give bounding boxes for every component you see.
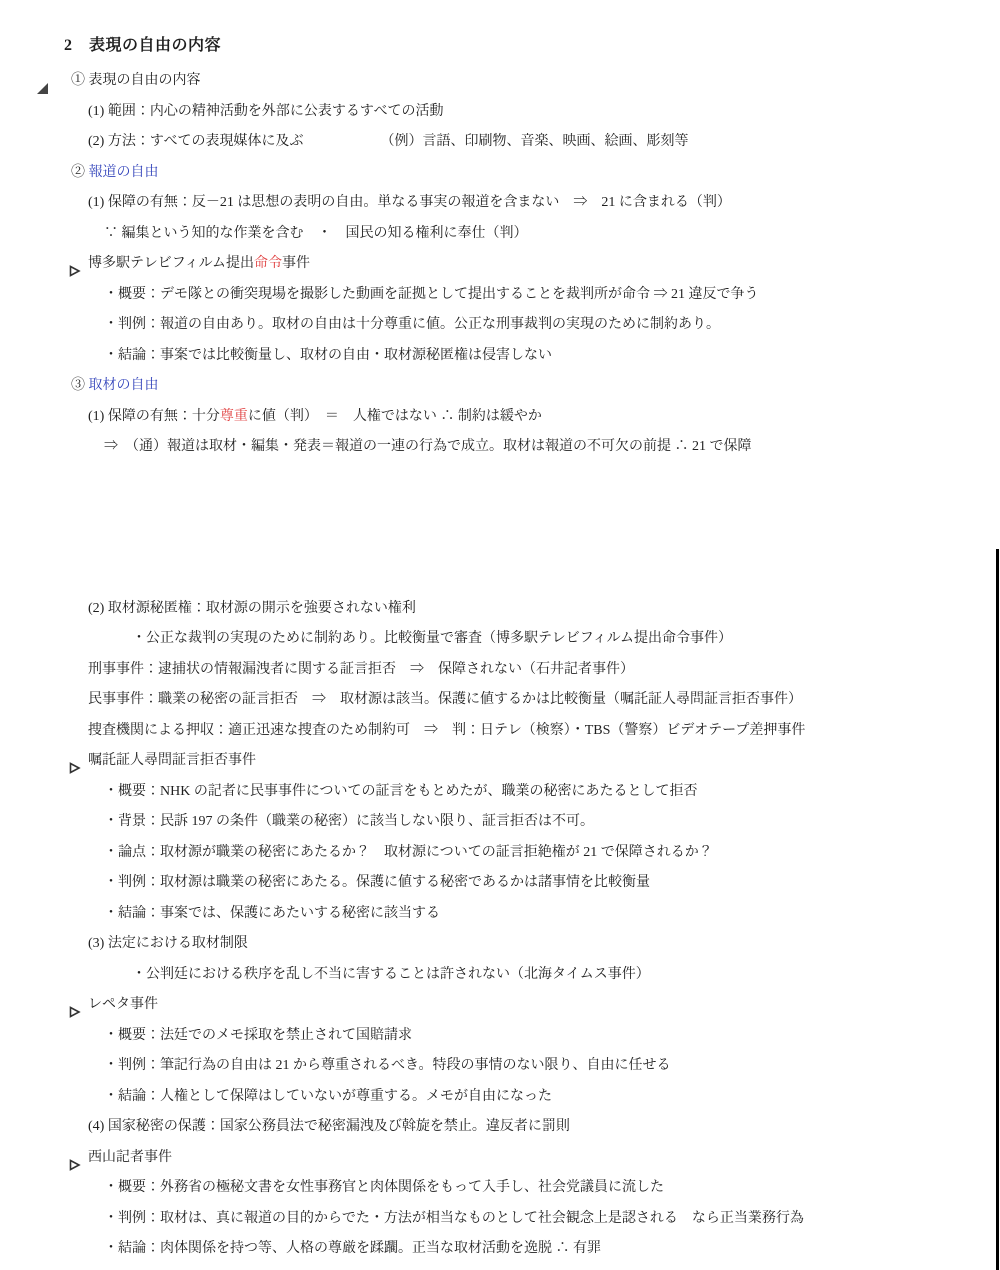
page-title: 2 表現の自由の内容: [0, 0, 1000, 58]
text-line: (2) 取材源秘匿権：取材源の開示を強要されない権利: [0, 594, 1000, 625]
text-segment-red: 尊重: [220, 409, 248, 424]
text-line: (1) 保障の有無：反－21 は思想の表明の自由。単なる事実の報道を含まない ⇒…: [0, 188, 1000, 219]
text-line: ・論点：取材源が職業の秘密にあたるか？ 取材源についての証言拒絶権が 21 で保…: [0, 838, 1000, 869]
text-segment: ・背景：民訴 197 の条件（職業の秘密）に該当しない限り、証言拒否は不可。: [104, 814, 594, 829]
text-segment: ⇒ （通）報道は取材・編集・発表＝報道の一連の行為で成立。取材は報道の不可欠の前…: [104, 439, 752, 454]
text-segment: ・結論：肉体関係を持つ等、人格の尊厳を蹂躙。正当な取材活動を逸脱 ∴ 有罪: [104, 1241, 601, 1256]
text-line: ② 報道の自由: [0, 158, 1000, 189]
text-line: ・概要：法廷でのメモ採取を禁止されて国賠請求: [0, 1021, 1000, 1052]
text-segment: ・結論：事案では比較衡量し、取材の自由・取材源秘匿権は侵害しない: [104, 348, 552, 363]
text-line: ・判例：報道の自由あり。取材の自由は十分尊重に値。公正な刑事裁判の実現のために制…: [0, 310, 1000, 341]
text-line: ・判例：筆記行為の自由は 21 から尊重されるべき。特段の事情のない限り、自由に…: [0, 1051, 1000, 1082]
text-line: ・結論：事案では、保護にあたいする秘密に該当する: [0, 899, 1000, 930]
text-line: ・概要：外務省の極秘文書を女性事務官と肉体関係をもって入手し、社会党議員に流した: [0, 1173, 1000, 1204]
text-line: (4) 国家秘密の保護：国家公務員法で秘密漏洩及び斡旋を禁止。違反者に罰則: [0, 1112, 1000, 1143]
text-line: 西山記者事件: [0, 1143, 1000, 1174]
text-line: (3) 法定における取材制限: [0, 929, 1000, 960]
text-line: 民事事件：職業の秘密の証言拒否 ⇒ 取材源は該当。保護に値するかは比較衡量（嘱託…: [0, 685, 1000, 716]
case-arrowhead-icon: [69, 259, 81, 271]
text-segment: (2) 方法：すべての表現媒体に及ぶ （例）言語、印刷物、音楽、映画、絵画、彫刻…: [88, 134, 689, 149]
text-line: ⇒ （通）報道は取材・編集・発表＝報道の一連の行為で成立。取材は報道の不可欠の前…: [0, 432, 1000, 463]
outline-expand-triangle-icon[interactable]: [37, 76, 48, 87]
text-segment: ∵ 編集という知的な作業を含む ・ 国民の知る権利に奉仕（判）: [104, 226, 528, 241]
text-segment: 事件: [282, 256, 310, 271]
text-segment: ・判例：報道の自由あり。取材の自由は十分尊重に値。公正な刑事裁判の実現のために制…: [104, 317, 720, 332]
text-line: ・判例：取材は、真に報道の目的からでた・方法が相当なものとして社会観念上是認され…: [0, 1204, 1000, 1235]
case-arrowhead-icon: [69, 1153, 81, 1165]
text-line: 博多駅テレビフィルム提出命令事件: [0, 249, 1000, 280]
text-segment: ②: [71, 165, 89, 180]
text-line: ・公正な裁判の実現のために制約あり。比較衡量で審査（博多駅テレビフィルム提出命令…: [0, 624, 1000, 655]
text-line: ③ 取材の自由: [0, 371, 1000, 402]
text-segment-blue: 取材の自由: [89, 378, 159, 393]
text-segment: ・公判廷における秩序を乱し不当に害することは許されない（北海タイムス事件）: [132, 967, 650, 982]
text-line: レペタ事件: [0, 990, 1000, 1021]
text-line: (2) 方法：すべての表現媒体に及ぶ （例）言語、印刷物、音楽、映画、絵画、彫刻…: [0, 127, 1000, 158]
text-segment: (1) 範囲：内心の精神活動を外部に公表するすべての活動: [88, 104, 444, 119]
text-line: ・判例：取材源は職業の秘密にあたる。保護に値する秘密であるかは諸事情を比較衡量: [0, 868, 1000, 899]
document-body: ① 表現の自由の内容(1) 範囲：内心の精神活動を外部に公表するすべての活動(2…: [0, 66, 1000, 1265]
text-segment: ・結論：事案では、保護にあたいする秘密に該当する: [104, 906, 440, 921]
text-segment: ・公正な裁判の実現のために制約あり。比較衡量で審査（博多駅テレビフィルム提出命令…: [132, 631, 732, 646]
text-segment: ・判例：取材は、真に報道の目的からでた・方法が相当なものとして社会観念上是認され…: [104, 1211, 804, 1226]
text-segment: ・概要：法廷でのメモ採取を禁止されて国賠請求: [104, 1028, 412, 1043]
case-arrowhead-icon: [69, 1000, 81, 1012]
text-segment: ・結論：人権として保障はしていないが尊重する。メモが自由になった: [104, 1089, 552, 1104]
text-line: ・公判廷における秩序を乱し不当に害することは許されない（北海タイムス事件）: [0, 960, 1000, 991]
text-line: 捜査機関による押収：適正迅速な捜査のため制約可 ⇒ 判：日テレ（検察）・TBS（…: [0, 716, 1000, 747]
right-edge-vertical-line: [996, 549, 999, 1270]
document-page: 2 表現の自由の内容 ① 表現の自由の内容(1) 範囲：内心の精神活動を外部に公…: [0, 0, 1000, 1270]
text-line: (1) 範囲：内心の精神活動を外部に公表するすべての活動: [0, 97, 1000, 128]
text-segment: ・論点：取材源が職業の秘密にあたるか？ 取材源についての証言拒絶権が 21 で保…: [104, 845, 713, 860]
text-line: ・結論：人権として保障はしていないが尊重する。メモが自由になった: [0, 1082, 1000, 1113]
text-line: ① 表現の自由の内容: [0, 66, 1000, 97]
text-segment: ・判例：筆記行為の自由は 21 から尊重されるべき。特段の事情のない限り、自由に…: [104, 1058, 670, 1073]
text-segment: (3) 法定における取材制限: [88, 936, 248, 951]
text-segment: 嘱託証人尋問証言拒否事件: [88, 753, 256, 768]
text-segment: 西山記者事件: [88, 1150, 172, 1165]
collapsed-empty-space: [0, 463, 1000, 594]
text-segment: に値（判） ＝ 人権ではない ∴ 制約は緩やか: [248, 409, 542, 424]
text-segment: 刑事事件：逮捕状の情報漏洩者に関する証言拒否 ⇒ 保障されない（石井記者事件）: [88, 662, 634, 677]
text-segment: レペタ事件: [88, 997, 158, 1012]
text-line: ・結論：肉体関係を持つ等、人格の尊厳を蹂躙。正当な取材活動を逸脱 ∴ 有罪: [0, 1234, 1000, 1265]
case-arrowhead-icon: [69, 756, 81, 768]
text-segment-red: 命令: [254, 256, 282, 271]
text-segment: ・概要：デモ隊との衝突現場を撮影した動画を証拠として提出することを裁判所が命令 …: [104, 287, 759, 302]
text-segment-blue: 報道の自由: [89, 165, 159, 180]
text-line: (1) 保障の有無：十分尊重に値（判） ＝ 人権ではない ∴ 制約は緩やか: [0, 402, 1000, 433]
text-segment: ① 表現の自由の内容: [71, 73, 201, 88]
text-segment: ・判例：取材源は職業の秘密にあたる。保護に値する秘密であるかは諸事情を比較衡量: [104, 875, 650, 890]
text-segment: (1) 保障の有無：反－21 は思想の表明の自由。単なる事実の報道を含まない ⇒…: [88, 195, 731, 210]
text-segment: ・概要：外務省の極秘文書を女性事務官と肉体関係をもって入手し、社会党議員に流した: [104, 1180, 664, 1195]
text-line: ・結論：事案では比較衡量し、取材の自由・取材源秘匿権は侵害しない: [0, 341, 1000, 372]
text-segment: ・概要：NHK の記者に民事事件についての証言をもとめたが、職業の秘密にあたると…: [104, 784, 698, 799]
text-segment: (1) 保障の有無：十分: [88, 409, 220, 424]
text-line: ・背景：民訴 197 の条件（職業の秘密）に該当しない限り、証言拒否は不可。: [0, 807, 1000, 838]
text-segment: ③: [71, 378, 89, 393]
text-line: 嘱託証人尋問証言拒否事件: [0, 746, 1000, 777]
text-segment: 博多駅テレビフィルム提出: [88, 256, 254, 271]
text-segment: (4) 国家秘密の保護：国家公務員法で秘密漏洩及び斡旋を禁止。違反者に罰則: [88, 1119, 570, 1134]
text-segment: 捜査機関による押収：適正迅速な捜査のため制約可 ⇒ 判：日テレ（検察）・TBS（…: [88, 723, 805, 738]
text-segment: (2) 取材源秘匿権：取材源の開示を強要されない権利: [88, 601, 416, 616]
text-line: ∵ 編集という知的な作業を含む ・ 国民の知る権利に奉仕（判）: [0, 219, 1000, 250]
text-line: 刑事事件：逮捕状の情報漏洩者に関する証言拒否 ⇒ 保障されない（石井記者事件）: [0, 655, 1000, 686]
text-line: ・概要：デモ隊との衝突現場を撮影した動画を証拠として提出することを裁判所が命令 …: [0, 280, 1000, 311]
text-line: ・概要：NHK の記者に民事事件についての証言をもとめたが、職業の秘密にあたると…: [0, 777, 1000, 808]
text-segment: 民事事件：職業の秘密の証言拒否 ⇒ 取材源は該当。保護に値するかは比較衡量（嘱託…: [88, 692, 802, 707]
